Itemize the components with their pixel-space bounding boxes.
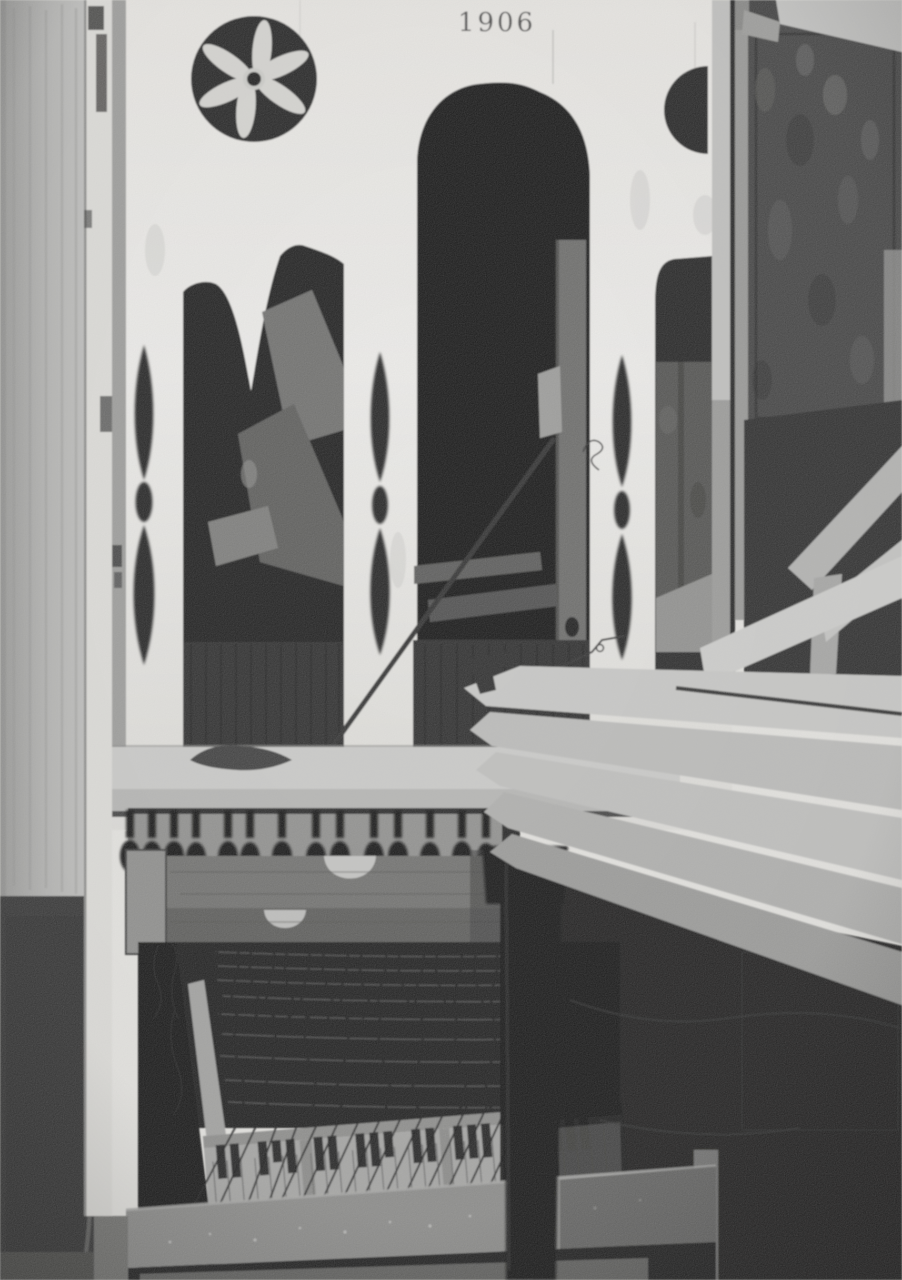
photograph-frame: 1906	[0, 0, 902, 1280]
organ-interior-photograph: 1906	[0, 0, 902, 1280]
film-grain	[0, 0, 902, 1280]
